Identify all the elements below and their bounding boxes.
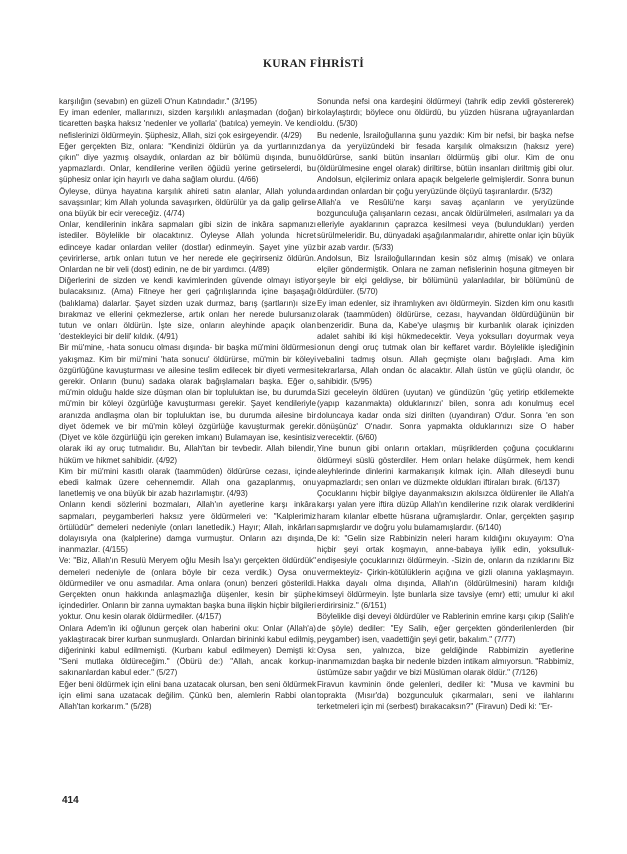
verse-paragraph: Onların kendi sözlerini bozmaları, Allah… [59, 499, 316, 555]
verse-paragraph: Eğer gerçekten Biz, onlara: "Kendinizi ö… [59, 141, 316, 186]
verse-paragraph: Oysa sen, yalnızca, bize geldiğinde Rabb… [317, 645, 574, 679]
verse-paragraph: Ve: "Biz, Allah'ın Resulü Meryem oğlu Me… [59, 555, 316, 622]
verse-paragraph: karşılığın (sevabın) en güzeli O'nun Kat… [59, 96, 316, 107]
page-title: KURAN FİHRİSTİ [0, 58, 627, 70]
verse-paragraph: Eğer beni öldürmek için elini bana uzata… [59, 679, 316, 713]
verse-paragraph: Kim bir mü'mini kasıtlı olarak (taammüde… [59, 466, 316, 500]
verse-paragraph: Çocuklarını hiçbir bilgiye dayanmaksızın… [317, 488, 574, 533]
verse-paragraph: Ey iman edenler, mallarınızı, sizden kar… [59, 107, 316, 141]
verse-paragraph: Bir mü'mine, -hata sonucu olması dışında… [59, 342, 316, 465]
page-number: 414 [62, 795, 79, 806]
verse-paragraph: Allah'a ve Resûlü'ne karşı savaş açanlar… [317, 197, 574, 253]
verse-paragraph: Andolsun, Biz İsrailoğullarından kesin s… [317, 253, 574, 298]
right-column: Sonunda nefsi ona kardeşini öldürmeyi (t… [317, 96, 574, 712]
verse-paragraph: Bu nedenle, İsrailoğullarına şunu yazdık… [317, 130, 574, 197]
verse-paragraph: Böylelikle dişi deveyi öldürdüler ve Rab… [317, 611, 574, 645]
verse-paragraph: De ki: "Gelin size Rabbinizin neleri har… [317, 533, 574, 611]
left-column: karşılığın (sevabın) en güzeli O'nun Kat… [59, 96, 316, 712]
verse-paragraph: Sonunda nefsi ona kardeşini öldürmeyi (t… [317, 96, 574, 130]
verse-paragraph: Onlara Adem'in iki oğlunun gerçek olan h… [59, 623, 316, 679]
verse-paragraph: Diğerlerini de sizden ve kendi kavimleri… [59, 275, 316, 342]
verse-paragraph: Yine bunun gibi onların ortakları, müşri… [317, 443, 574, 488]
verse-paragraph: Onlar, kendilerinin inkâra sapmaları gib… [59, 219, 316, 275]
verse-paragraph: Öyleyse, dünya hayatına karşılık ahireti… [59, 186, 316, 220]
verse-paragraph: Sizi geceleyin öldüren (uyutan) ve gündü… [317, 387, 574, 443]
verse-paragraph: Ey iman edenler, siz ihramlıyken avı öld… [317, 298, 574, 388]
verse-paragraph: Firavun kavminin önde gelenleri, dediler… [317, 679, 574, 713]
